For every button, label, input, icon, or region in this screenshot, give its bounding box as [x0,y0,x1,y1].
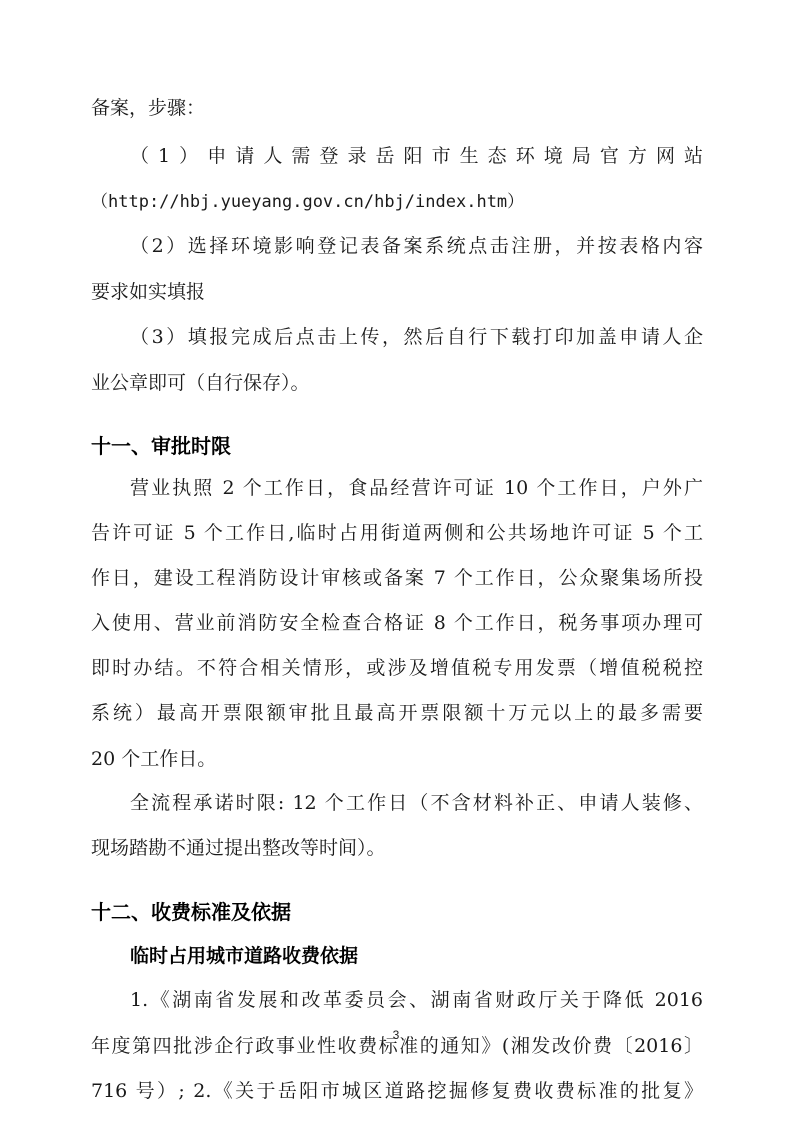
section-11-para-line: 即时办结。不符合相关情形，或涉及增值税专用发票（增值税税控 [91,654,703,682]
section-12-subheading: 临时占用城市道路收费依据 [130,942,742,970]
step-1-url: （http://hbj.yueyang.gov.cn/hbj/index.htm… [91,188,703,216]
document-page: 备案，步骤： （1）申请人需登录岳阳市生态环境局官方网站 （http://hbj… [0,0,793,1122]
step-2-line-1: （2）选择环境影响登记表备案系统点击注册，并按表格内容 [130,232,703,260]
page-number: 3 [386,1028,406,1042]
section-11-para-line: 作日，建设工程消防设计审核或备案 7 个工作日，公众聚集场所投 [91,564,703,592]
step-2-line-2: 要求如实填报 [91,278,703,306]
intro-line: 备案，步骤： [91,94,703,122]
section-11-para-line: 营业执照 2 个工作日，食品经营许可证 10 个工作日，户外广 [130,474,703,502]
section-11-heading: 十一、审批时限 [91,432,703,460]
section-12-basis-line: 1.《湖南省发展和改革委员会、湖南省财政厅关于降低 2016 [130,986,703,1014]
section-12-heading: 十二、收费标准及依据 [91,898,703,926]
section-11-commitment-line: 现场踏勘不通过提出整改等时间）。 [91,834,703,862]
section-11-para-line: 告许可证 5 个工作日,临时占用街道两侧和公共场地许可证 5 个工 [91,519,703,547]
section-11-commitment-line: 全流程承诺时限: 12 个工作日（不含材料补正、申请人装修、 [130,789,703,817]
section-12-basis-line: 716 号）; 2.《关于岳阳市城区道路挖掘修复费收费标准的批复》 [91,1077,703,1105]
section-11-para-line: 20 个工作日。 [91,745,703,773]
step-3-line-2: 业公章即可（自行保存）。 [91,369,703,397]
section-11-para-line: 系统）最高开票限额审批且最高开票限额十万元以上的最多需要 [91,699,703,727]
step-3-line-1: （3）填报完成后点击上传，然后自行下载打印加盖申请人企 [130,323,703,351]
step-1-line-1: （1）申请人需登录岳阳市生态环境局官方网站 [130,142,703,170]
section-11-para-line: 入使用、营业前消防安全检查合格证 8 个工作日，税务事项办理可 [91,609,703,637]
